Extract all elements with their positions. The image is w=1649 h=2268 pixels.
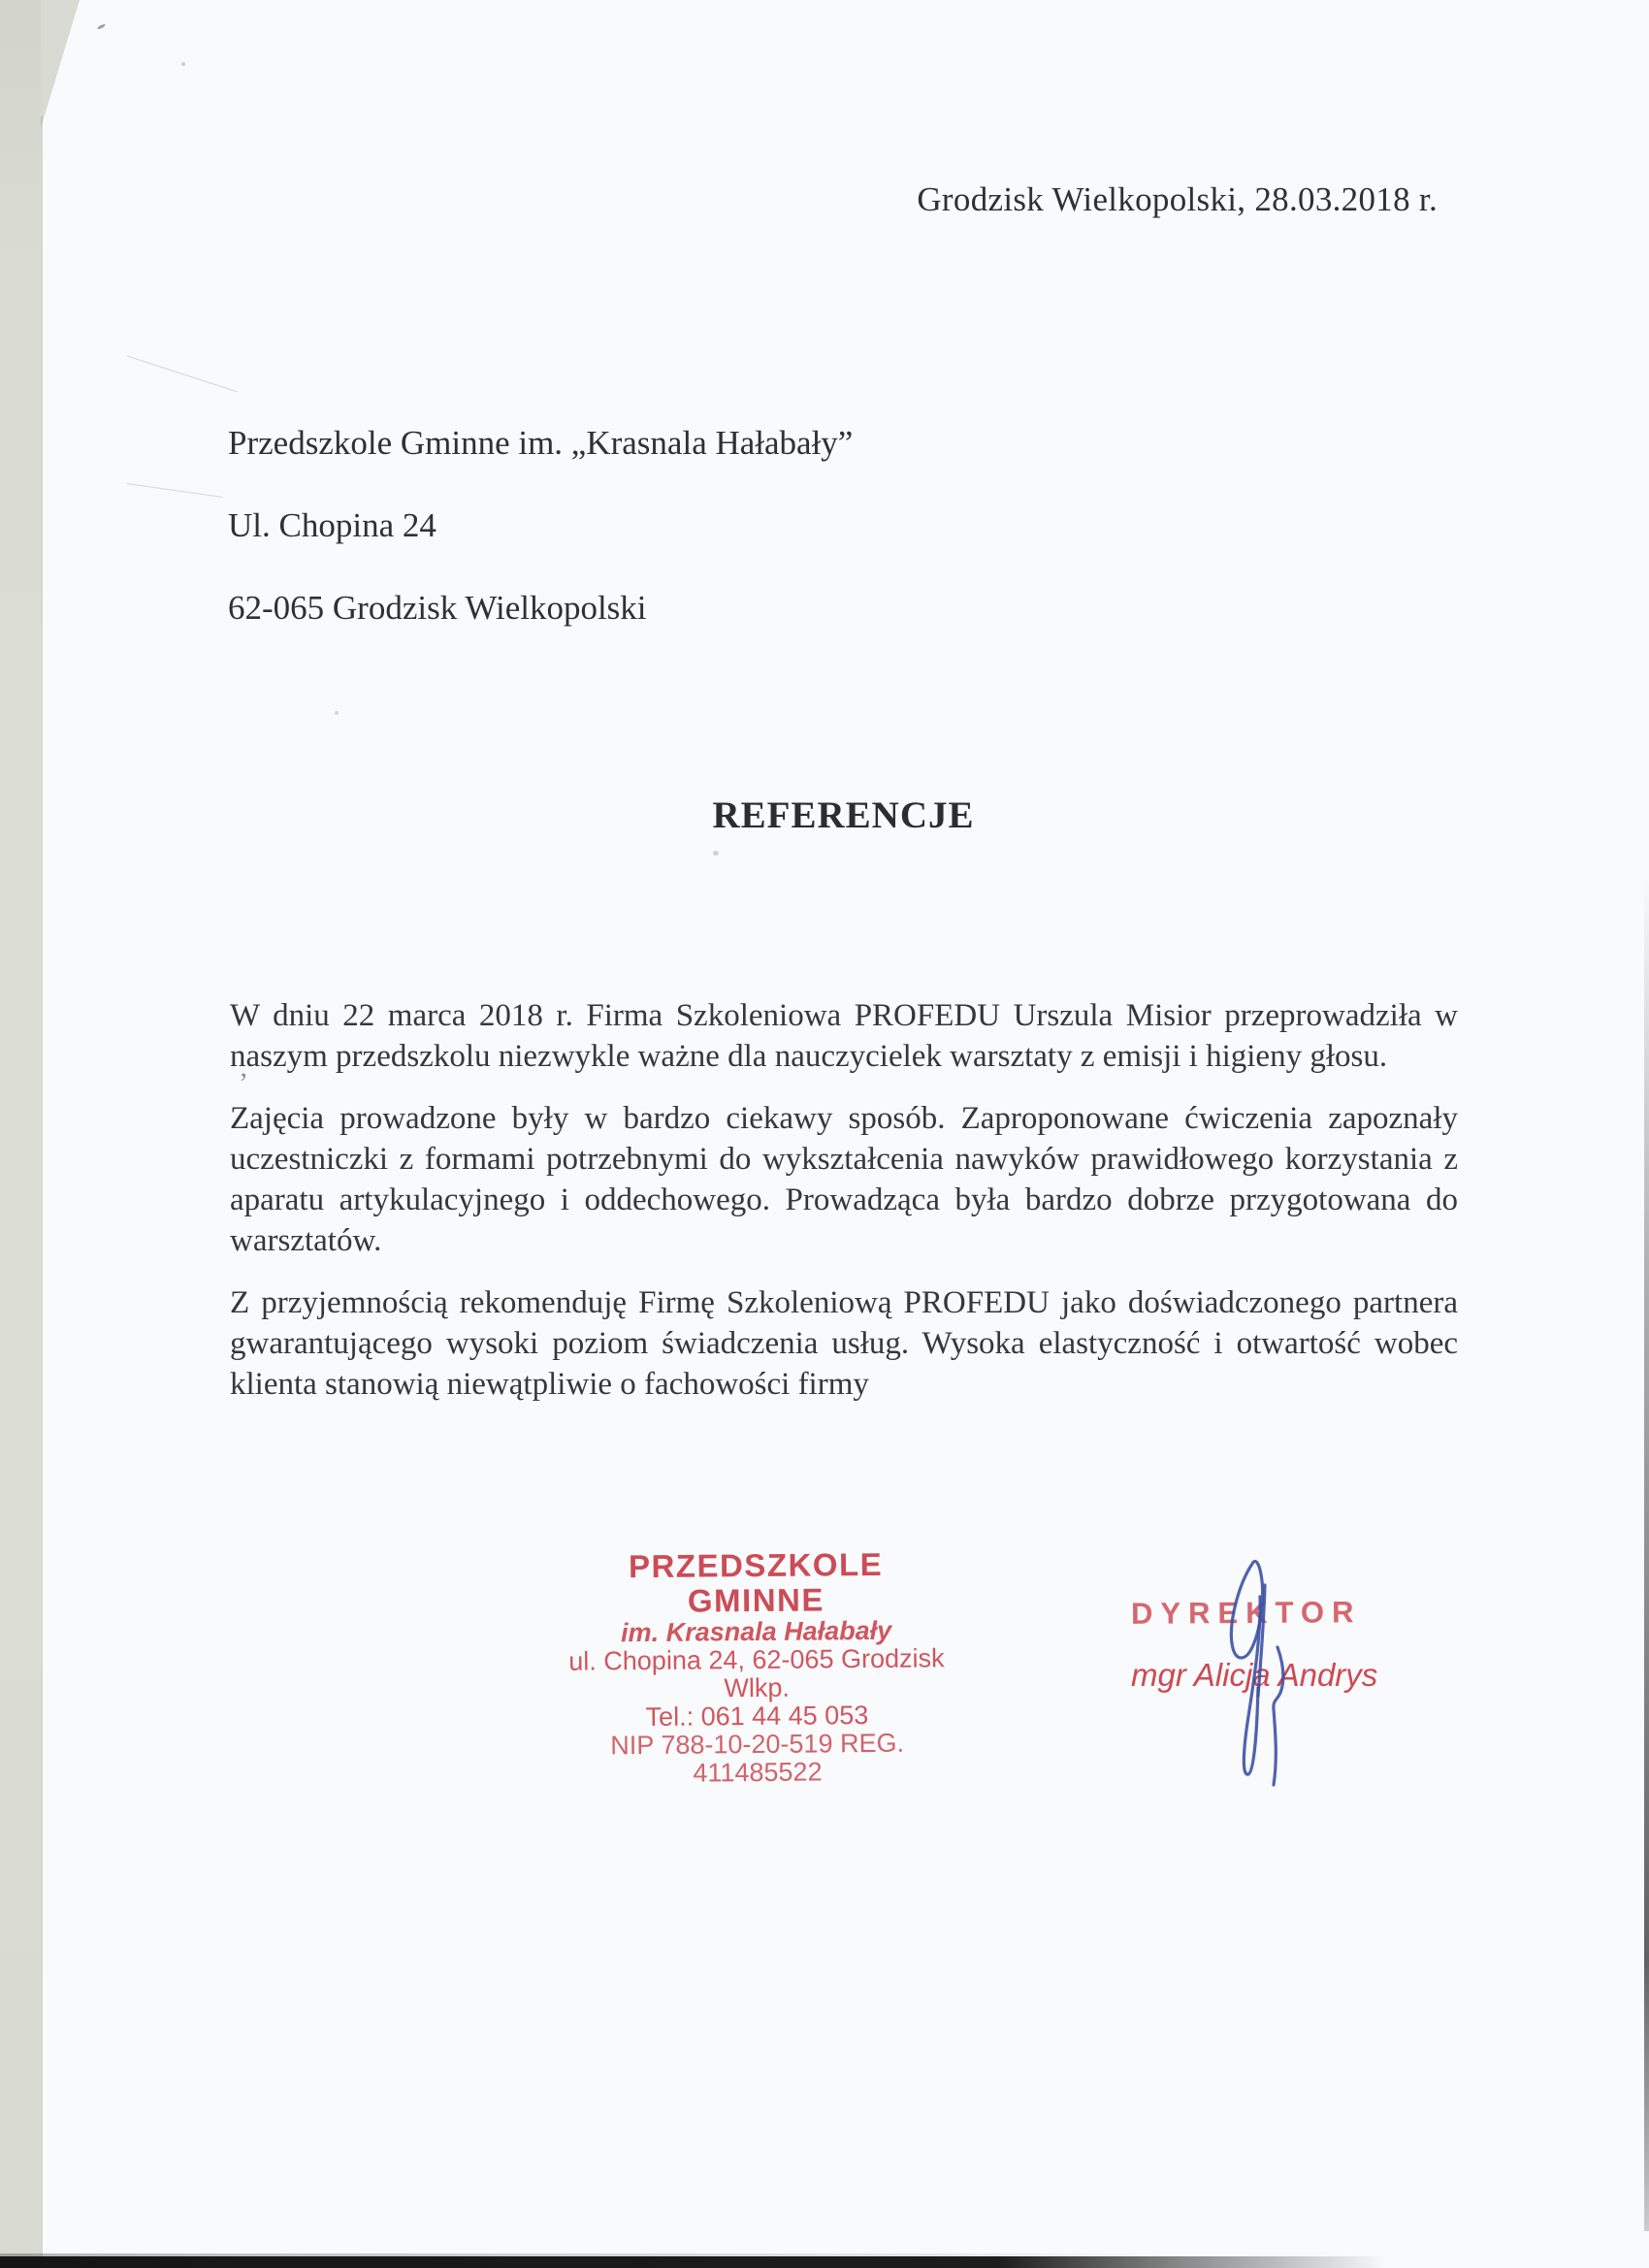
letter-title: REFERENCJE bbox=[230, 794, 1457, 837]
scanned-letter-page: Grodzisk Wielkopolski, 28.03.2018 r. Prz… bbox=[0, 0, 1649, 2268]
paper-crease bbox=[126, 483, 222, 498]
scan-speck bbox=[181, 62, 185, 66]
paper-edge-line bbox=[41, 116, 43, 2268]
institution-stamp: PRZEDSZKOLE GMINNE im. Krasnala Hałabały… bbox=[562, 1546, 952, 1788]
paragraph: Z przyjemnością rekomenduję Firmę Szkole… bbox=[230, 1282, 1458, 1405]
paper-crease bbox=[127, 355, 238, 392]
handwritten-signature-ink bbox=[1203, 1547, 1329, 1819]
scan-speck bbox=[335, 711, 339, 715]
recipient-city: 62-065 Grodzisk Wielkopolski bbox=[228, 589, 647, 628]
recipient-street: Ul. Chopina 24 bbox=[228, 506, 436, 545]
letter-body: W dniu 22 marca 2018 r. Firma Szkoleniow… bbox=[230, 995, 1458, 1426]
paragraph: W dniu 22 marca 2018 r. Firma Szkoleniow… bbox=[230, 995, 1458, 1077]
scan-mark: ’ bbox=[239, 1067, 248, 1100]
stamp-institution-name: PRZEDSZKOLE GMINNE bbox=[562, 1546, 951, 1619]
stamp-nip-regon: NIP 788-10-20-519 REG. 411485522 bbox=[564, 1729, 952, 1788]
scanner-background-band bbox=[0, 0, 41, 2268]
paper-corner-wedge bbox=[41, 0, 80, 128]
scan-speck bbox=[97, 23, 106, 30]
recipient-name: Przedszkole Gminne im. „Krasnala Hałabał… bbox=[228, 424, 853, 463]
scan-speck bbox=[713, 851, 719, 856]
date-line: Grodzisk Wielkopolski, 28.03.2018 r. bbox=[917, 180, 1438, 219]
bottom-scan-bar bbox=[0, 2256, 1387, 2268]
stamp-address: ul. Chopina 24, 62-065 Grodzisk Wlkp. bbox=[563, 1644, 951, 1703]
paragraph: Zajęcia prowadzone były w bardzo ciekawy… bbox=[230, 1098, 1458, 1261]
right-edge-shadow bbox=[1644, 873, 1649, 2231]
